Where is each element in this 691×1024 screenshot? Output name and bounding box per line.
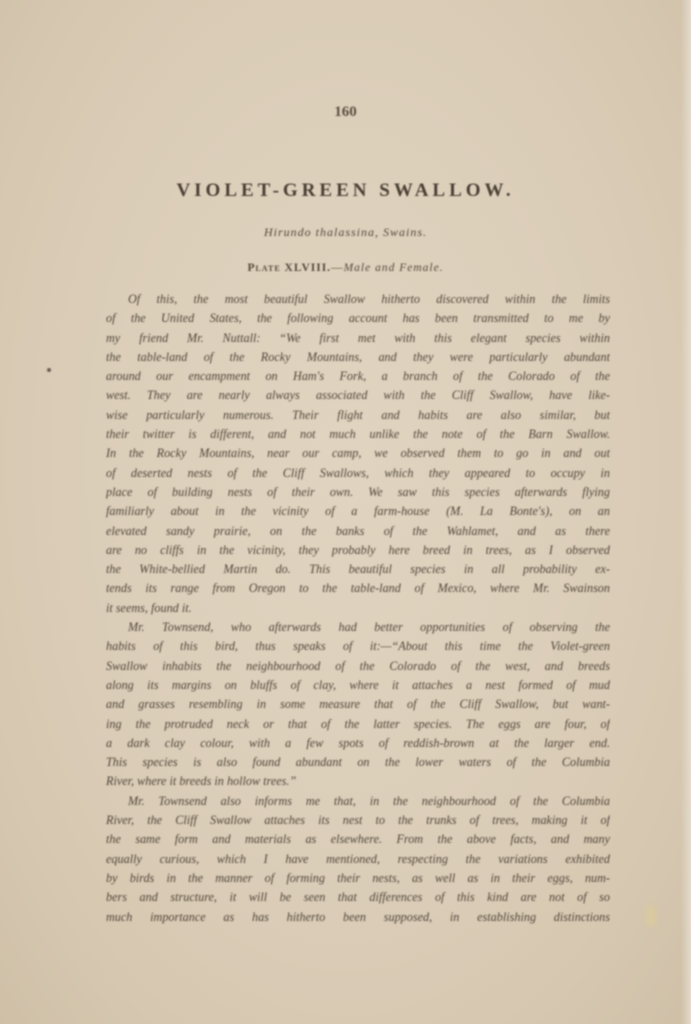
text-line: Swallow inhabits the neighbourhood of th…	[106, 657, 610, 676]
plate-label: Plate XLVIII.	[247, 262, 331, 274]
text-line: west. They are nearly always associated …	[106, 386, 610, 405]
text-line: wise particularly numerous. Their flight…	[106, 406, 610, 425]
text-line: Mr. Townsend, who afterwards had better …	[106, 618, 610, 637]
text-line: tends its range from Oregon to the table…	[106, 579, 610, 598]
text-line: This species is also found abundant on t…	[106, 753, 610, 772]
text-line: are no cliffs in the vicinity, they prob…	[106, 541, 610, 560]
book-page: 160 VIOLET-GREEN SWALLOW. Hirundo thalas…	[0, 0, 691, 1024]
text-line: much importance as has hitherto been sup…	[106, 908, 610, 927]
text-line: Mr. Townsend also informs me that, in th…	[106, 792, 610, 811]
text-line: of deserted nests of the Cliff Swallows,…	[106, 464, 610, 483]
text-line: and grasses resembling in some measure t…	[106, 695, 610, 714]
text-line: it seems, found it.	[106, 599, 610, 618]
plate-caption: Plate XLVIII.—Male and Female.	[0, 262, 691, 274]
text-line: by birds in the manner of forming their …	[106, 869, 610, 888]
page-title: VIOLET-GREEN SWALLOW.	[0, 180, 691, 202]
text-line: of the United States, the following acco…	[106, 309, 610, 328]
text-line: along its margins on bluffs of clay, whe…	[106, 676, 610, 695]
text-line: habits of this bird, thus speaks of it:—…	[106, 637, 610, 656]
body-text: Of this, the most beautiful Swallow hith…	[106, 290, 610, 927]
text-line: ing the protruded neck or that of the la…	[106, 715, 610, 734]
printed-text: 160 VIOLET-GREEN SWALLOW. Hirundo thalas…	[0, 0, 691, 1024]
text-line: the same form and materials as elsewhere…	[106, 830, 610, 849]
text-line: around our encampment on Ham's Fork, a b…	[106, 367, 610, 386]
text-line: elevated sandy prairie, on the banks of …	[106, 522, 610, 541]
text-line: bers and structure, it will be seen that…	[106, 888, 610, 907]
text-line: their twitter is different, and not much…	[106, 425, 610, 444]
plate-subjects: Male and Female.	[344, 262, 444, 274]
text-line: River, where it breeds in hollow trees.”	[106, 772, 610, 791]
text-line: Of this, the most beautiful Swallow hith…	[106, 290, 610, 309]
text-line: a dark clay colour, with a few spots of …	[106, 734, 610, 753]
text-line: River, the Cliff Swallow attaches its ne…	[106, 811, 610, 830]
scientific-name: Hirundo thalassina, Swains.	[0, 225, 691, 240]
page-number: 160	[0, 104, 691, 121]
text-line: place of building nests of their own. We…	[106, 483, 610, 502]
text-line: the White-bellied Martin do. This beauti…	[106, 560, 610, 579]
text-line: In the Rocky Mountains, near our camp, w…	[106, 444, 610, 463]
text-line: the table-land of the Rocky Mountains, a…	[106, 348, 610, 367]
text-line: familiarly about in the vicinity of a fa…	[106, 502, 610, 521]
plate-separator: —	[331, 262, 344, 274]
text-line: equally curious, which I have mentioned,…	[106, 850, 610, 869]
text-line: my friend Mr. Nuttall: “We first met wit…	[106, 329, 610, 348]
